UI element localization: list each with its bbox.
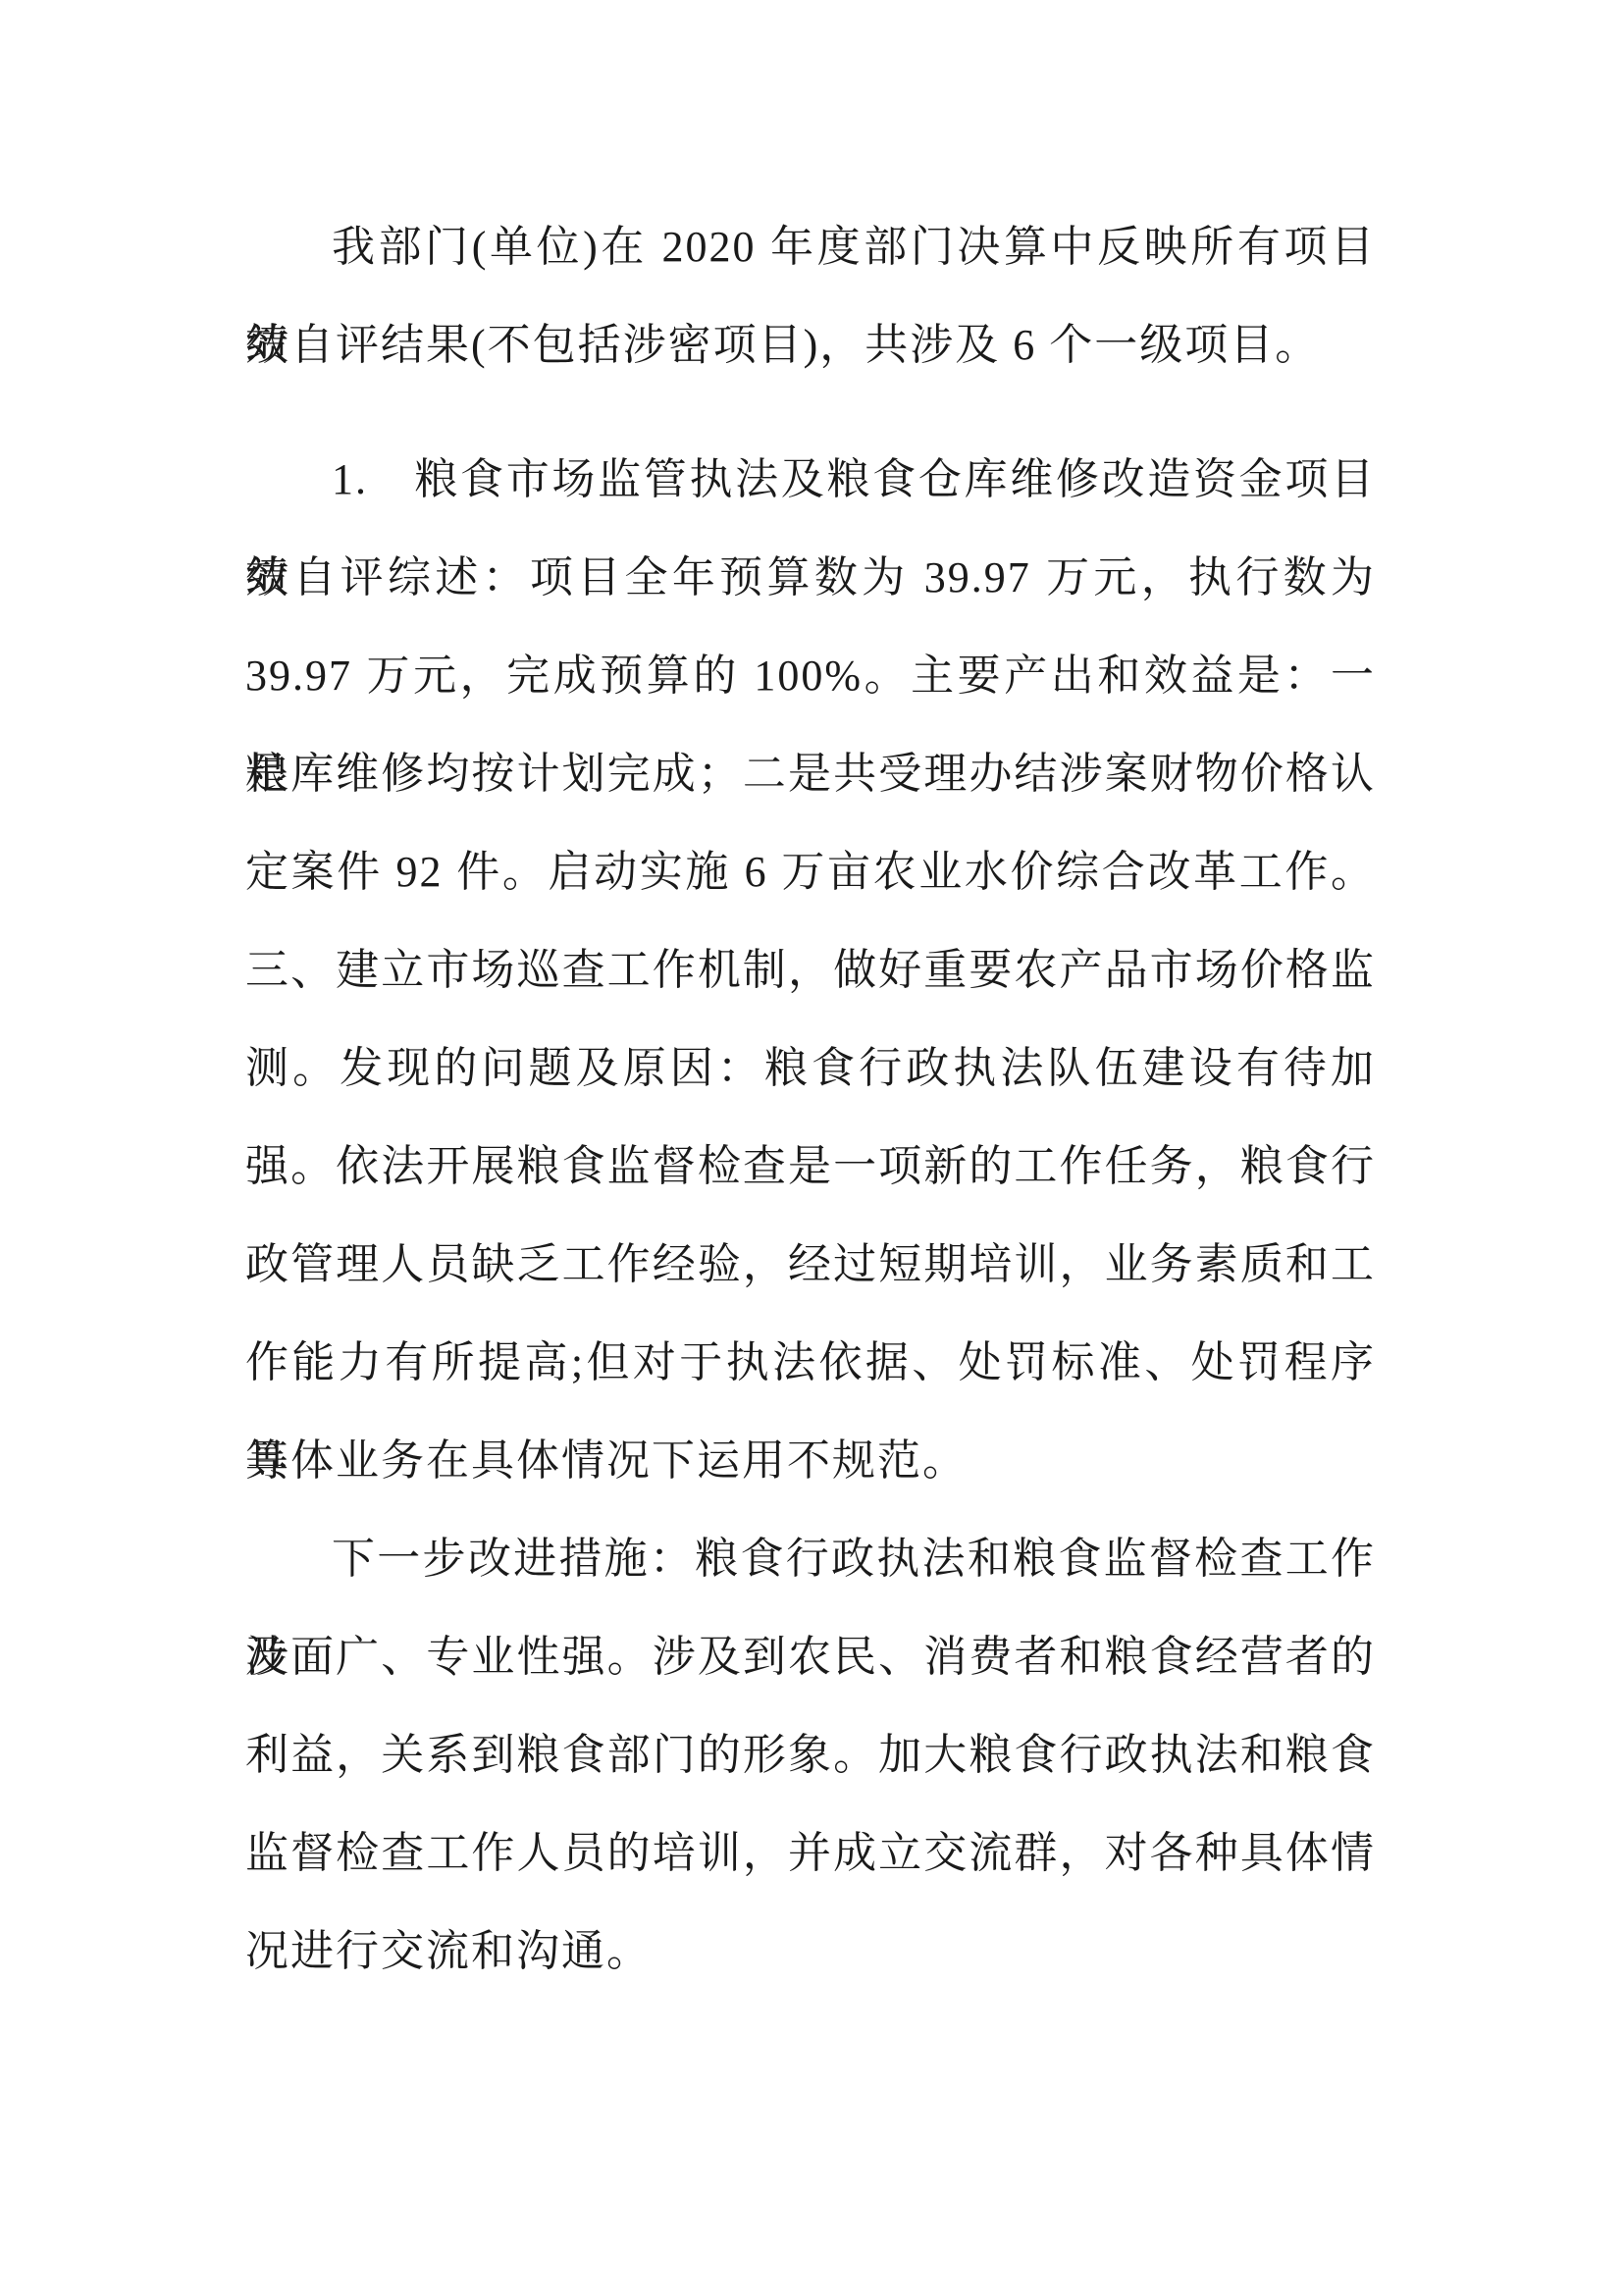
text-line: 况进行交流和沟通。 [245, 1903, 1376, 2001]
text-line: 39.97 万元，完成预算的 100%。主要产出和效益是：一是 [245, 627, 1376, 725]
text-line: 具体业务在具体情况下运用不规范。 [245, 1412, 1376, 1510]
document-page: 我部门(单位)在 2020 年度部门决算中反映所有项目绩 效自评结果(不包括涉密… [0, 0, 1624, 2296]
text-line: 政管理人员缺乏工作经验，经过短期培训，业务素质和工 [245, 1216, 1376, 1314]
text-line: 测。发现的问题及原因：粮食行政执法队伍建设有待加 [245, 1019, 1376, 1118]
text-line: 利益，关系到粮食部门的形象。加大粮食行政执法和粮食 [245, 1706, 1376, 1804]
text-line: 效自评结果(不包括涉密项目)，共涉及 6 个一级项目。 [245, 296, 1376, 394]
text-line: 效自评综述：项目全年预算数为 39.97 万元，执行数为 [245, 529, 1376, 627]
text-line: 三、建立市场巡查工作机制，做好重要农产品市场价格监 [245, 921, 1376, 1019]
text-line: 作能力有所提高;但对于执法依据、处罚标准、处罚程序等 [245, 1314, 1376, 1412]
text-line: 我部门(单位)在 2020 年度部门决算中反映所有项目绩 [245, 198, 1376, 296]
text-line: 强。依法开展粮食监督检查是一项新的工作任务，粮食行 [245, 1118, 1376, 1216]
document-body: 我部门(单位)在 2020 年度部门决算中反映所有项目绩 效自评结果(不包括涉密… [245, 198, 1376, 2001]
text-line: 1. 粮食市场监管执法及粮食仓库维修改造资金项目绩 [245, 431, 1376, 529]
text-line: 监督检查工作人员的培训，并成立交流群，对各种具体情 [245, 1804, 1376, 1903]
text-line: 粮库维修均按计划完成；二是共受理办结涉案财物价格认 [245, 725, 1376, 823]
text-line: 及面广、专业性强。涉及到农民、消费者和粮食经营者的 [245, 1608, 1376, 1706]
text-line: 定案件 92 件。启动实施 6 万亩农业水价综合改革工作。 [245, 823, 1376, 921]
text-line: 下一步改进措施：粮食行政执法和粮食监督检查工作涉 [245, 1510, 1376, 1608]
